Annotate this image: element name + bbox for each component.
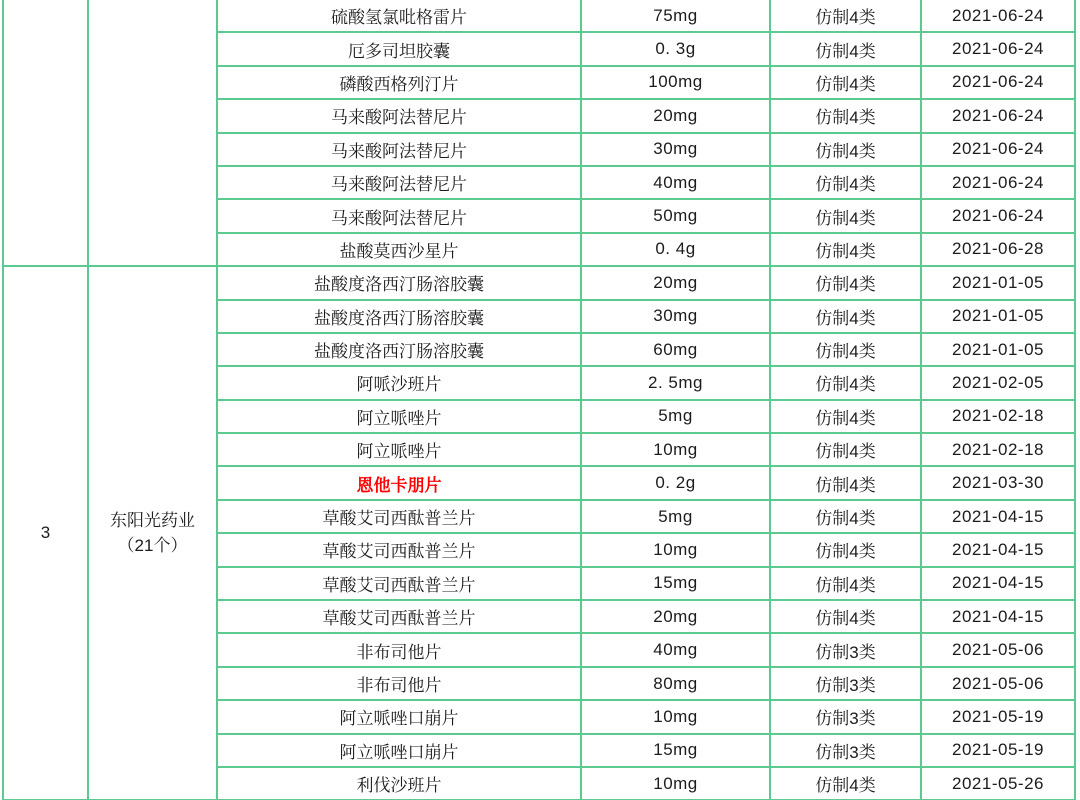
dose-cell: 5mg: [581, 400, 770, 433]
dose-cell: 75mg: [581, 0, 770, 32]
drug-name-cell: 阿立哌唑片: [217, 433, 581, 466]
approval-date-cell: 2021-02-18: [921, 400, 1075, 433]
dose-cell: 15mg: [581, 567, 770, 600]
category-cell: 仿制4类: [770, 66, 921, 99]
dose-cell: 15mg: [581, 734, 770, 767]
dose-cell: 10mg: [581, 700, 770, 733]
drug-name-cell: 盐酸度洛西汀肠溶胶囊: [217, 333, 581, 366]
drug-name-cell: 恩他卡朋片: [217, 466, 581, 499]
category-cell: 仿制4类: [770, 533, 921, 566]
drug-name-cell: 磷酸西格列汀片: [217, 66, 581, 99]
dose-cell: 40mg: [581, 166, 770, 199]
dose-cell: 0. 2g: [581, 466, 770, 499]
dose-cell: 40mg: [581, 633, 770, 666]
approval-date-cell: 2021-04-15: [921, 500, 1075, 533]
drug-name-cell: 马来酸阿法替尼片: [217, 99, 581, 132]
category-cell: 仿制4类: [770, 567, 921, 600]
approval-date-cell: 2021-01-05: [921, 300, 1075, 333]
dose-cell: 50mg: [581, 199, 770, 232]
drug-name-cell: 盐酸度洛西汀肠溶胶囊: [217, 300, 581, 333]
approval-date-cell: 2021-06-24: [921, 0, 1075, 32]
drug-name-cell: 盐酸度洛西汀肠溶胶囊: [217, 266, 581, 299]
dose-cell: 60mg: [581, 333, 770, 366]
approval-date-cell: 2021-05-26: [921, 767, 1075, 800]
category-cell: 仿制3类: [770, 633, 921, 666]
approval-date-cell: 2021-04-15: [921, 567, 1075, 600]
approval-date-cell: 2021-04-15: [921, 533, 1075, 566]
company-drug-count: （21个）: [89, 533, 216, 558]
drug-name-cell: 草酸艾司西酞普兰片: [217, 600, 581, 633]
drug-name-cell: 非布司他片: [217, 633, 581, 666]
dose-cell: 0. 3g: [581, 32, 770, 65]
approval-date-cell: 2021-06-24: [921, 199, 1075, 232]
dose-cell: 80mg: [581, 667, 770, 700]
category-cell: 仿制4类: [770, 166, 921, 199]
table-row: 硫酸氢氯吡格雷片75mg仿制4类2021-06-24: [3, 0, 1075, 32]
approval-date-cell: 2021-06-28: [921, 233, 1075, 266]
category-cell: 仿制4类: [770, 199, 921, 232]
drug-name-cell: 草酸艾司西酞普兰片: [217, 567, 581, 600]
dose-cell: 20mg: [581, 99, 770, 132]
approval-date-cell: 2021-01-05: [921, 266, 1075, 299]
company-cell: 东阳光药业（21个）: [88, 266, 217, 800]
drug-name-cell: 草酸艾司西酞普兰片: [217, 533, 581, 566]
drug-name-cell: 阿立哌唑口崩片: [217, 700, 581, 733]
dose-cell: 10mg: [581, 533, 770, 566]
approval-date-cell: 2021-05-19: [921, 700, 1075, 733]
dose-cell: 20mg: [581, 600, 770, 633]
category-cell: 仿制4类: [770, 433, 921, 466]
category-cell: 仿制4类: [770, 99, 921, 132]
category-cell: 仿制4类: [770, 400, 921, 433]
dose-cell: 2. 5mg: [581, 366, 770, 399]
category-cell: 仿制3类: [770, 667, 921, 700]
category-cell: 仿制4类: [770, 366, 921, 399]
drug-name-cell: 利伐沙班片: [217, 767, 581, 800]
category-cell: 仿制3类: [770, 700, 921, 733]
dose-cell: 30mg: [581, 133, 770, 166]
drug-name-cell: 厄多司坦胶囊: [217, 32, 581, 65]
drug-name-cell: 阿立哌唑片: [217, 400, 581, 433]
approval-date-cell: 2021-01-05: [921, 333, 1075, 366]
category-cell: 仿制4类: [770, 266, 921, 299]
drug-approval-table: 硫酸氢氯吡格雷片75mg仿制4类2021-06-24厄多司坦胶囊0. 3g仿制4…: [2, 0, 1076, 800]
dose-cell: 10mg: [581, 767, 770, 800]
company-cell: [88, 0, 217, 266]
drug-name-cell: 马来酸阿法替尼片: [217, 199, 581, 232]
category-cell: 仿制3类: [770, 734, 921, 767]
category-cell: 仿制4类: [770, 333, 921, 366]
approval-date-cell: 2021-05-06: [921, 633, 1075, 666]
approval-date-cell: 2021-03-30: [921, 466, 1075, 499]
drug-name-cell: 草酸艾司西酞普兰片: [217, 500, 581, 533]
drug-name-cell: 硫酸氢氯吡格雷片: [217, 0, 581, 32]
drug-name-cell: 马来酸阿法替尼片: [217, 133, 581, 166]
approval-date-cell: 2021-06-24: [921, 166, 1075, 199]
category-cell: 仿制4类: [770, 466, 921, 499]
drug-name-cell: 阿哌沙班片: [217, 366, 581, 399]
category-cell: 仿制4类: [770, 600, 921, 633]
category-cell: 仿制4类: [770, 500, 921, 533]
approval-date-cell: 2021-06-24: [921, 66, 1075, 99]
category-cell: 仿制4类: [770, 32, 921, 65]
approval-date-cell: 2021-05-19: [921, 734, 1075, 767]
dose-cell: 30mg: [581, 300, 770, 333]
dose-cell: 10mg: [581, 433, 770, 466]
approval-date-cell: 2021-02-18: [921, 433, 1075, 466]
approval-date-cell: 2021-06-24: [921, 133, 1075, 166]
drug-name-cell: 非布司他片: [217, 667, 581, 700]
dose-cell: 0. 4g: [581, 233, 770, 266]
drug-name-cell: 阿立哌唑口崩片: [217, 734, 581, 767]
table-row: 3东阳光药业（21个）盐酸度洛西汀肠溶胶囊20mg仿制4类2021-01-05: [3, 266, 1075, 299]
dose-cell: 20mg: [581, 266, 770, 299]
category-cell: 仿制4类: [770, 300, 921, 333]
drug-name-cell: 盐酸莫西沙星片: [217, 233, 581, 266]
dose-cell: 100mg: [581, 66, 770, 99]
category-cell: 仿制4类: [770, 233, 921, 266]
category-cell: 仿制4类: [770, 133, 921, 166]
group-index-cell: [3, 0, 88, 266]
approval-date-cell: 2021-06-24: [921, 99, 1075, 132]
dose-cell: 5mg: [581, 500, 770, 533]
group-index-cell: 3: [3, 266, 88, 800]
approval-date-cell: 2021-02-05: [921, 366, 1075, 399]
category-cell: 仿制4类: [770, 0, 921, 32]
approval-date-cell: 2021-04-15: [921, 600, 1075, 633]
approval-date-cell: 2021-05-06: [921, 667, 1075, 700]
approval-date-cell: 2021-06-24: [921, 32, 1075, 65]
category-cell: 仿制4类: [770, 767, 921, 800]
drug-name-cell: 马来酸阿法替尼片: [217, 166, 581, 199]
company-name: 东阳光药业: [89, 508, 216, 533]
page: 硫酸氢氯吡格雷片75mg仿制4类2021-06-24厄多司坦胶囊0. 3g仿制4…: [0, 0, 1080, 800]
